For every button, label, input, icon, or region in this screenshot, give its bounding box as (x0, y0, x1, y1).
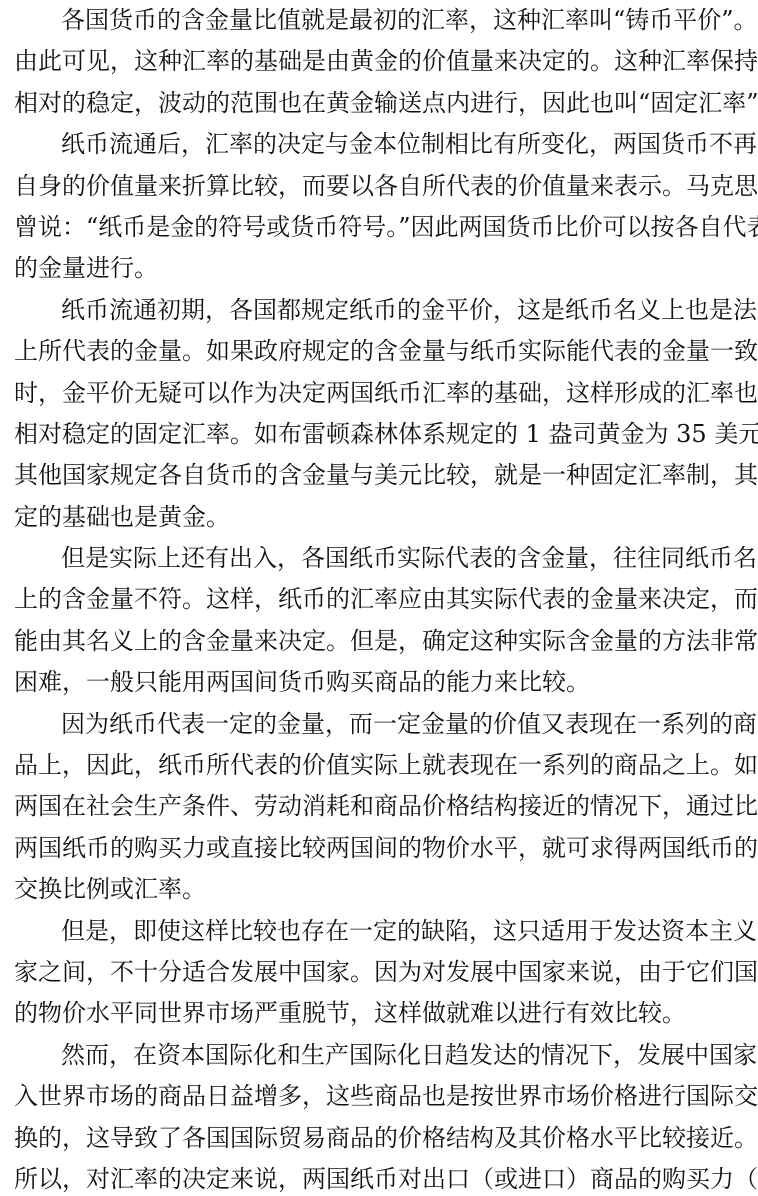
text-line: 但是，即使这样比较也存在一定的缺陷，这只适用于发达资本主义国 (14, 911, 750, 952)
paragraph-purchasing-power: 因为纸币代表一定的金量，而一定金量的价值又表现在一系列的商 品上，因此，纸币所代… (14, 704, 750, 911)
text-line: 两国在社会生产条件、劳动消耗和商品价格结构接近的情况下，通过比较 (14, 786, 750, 827)
text-line: 换的，这导致了各国国际贸易商品的价格结构及其价格水平比较接近。 (14, 1118, 750, 1159)
paragraph-paper-currency: 纸币流通后，汇率的决定与金本位制相比有所变化，两国货币不再以 自身的价值量来折算… (14, 124, 750, 290)
paragraph-gold-parity: 纸币流通初期，各国都规定纸币的金平价，这是纸币名义上也是法律 上所代表的金量。如… (14, 290, 750, 538)
text-line: 由此可见，这种汇率的基础是由黄金的价值量来决定的。这种汇率保持 (14, 41, 750, 82)
text-line: 上所代表的金量。如果政府规定的含金量与纸币实际能代表的金量一致 (14, 331, 750, 372)
text-line: 所以，对汇率的决定来说，两国纸币对出口（或进口）商品的购买力（或进 (14, 1159, 750, 1196)
text-line: 两国纸币的购买力或直接比较两国间的物价水平，就可求得两国纸币的 (14, 828, 750, 869)
paragraph-actual-gold-content: 但是实际上还有出入，各国纸币实际代表的含金量，往往同纸币名义 上的含金量不符。这… (14, 538, 750, 704)
text-line: 纸币流通后，汇率的决定与金本位制相比有所变化，两国货币不再以 (14, 124, 750, 165)
text-line: 品上，因此，纸币所代表的价值实际上就表现在一系列的商品之上。如果 (14, 745, 750, 786)
text-line: 各国货币的含金量比值就是最初的汇率，这种汇率叫“铸币平价”。 (14, 0, 750, 41)
text-line: 入世界市场的商品日益增多，这些商品也是按世界市场价格进行国际交 (14, 1076, 750, 1117)
text-line: 纸币流通初期，各国都规定纸币的金平价，这是纸币名义上也是法律 (14, 290, 750, 331)
text-line: 曾说：“纸币是金的符号或货币符号。”因此两国货币比价可以按各自代表 (14, 207, 750, 248)
text-line: 上的含金量不符。这样，纸币的汇率应由其实际代表的金量来决定，而不 (14, 579, 750, 620)
document-page: 各国货币的含金量比值就是最初的汇率，这种汇率叫“铸币平价”。 由此可见，这种汇率… (14, 0, 750, 1196)
text-line: 困难，一般只能用两国间货币购买商品的能力来比较。 (14, 662, 750, 703)
text-line: 但是实际上还有出入，各国纸币实际代表的含金量，往往同纸币名义 (14, 538, 750, 579)
text-line: 时，金平价无疑可以作为决定两国纸币汇率的基础，这样形成的汇率也是 (14, 373, 750, 414)
text-line: 交换比例或汇率。 (14, 869, 750, 910)
paragraph-mint-parity: 各国货币的含金量比值就是最初的汇率，这种汇率叫“铸币平价”。 由此可见，这种汇率… (14, 0, 750, 124)
text-line: 家之间，不十分适合发展中国家。因为对发展中国家来说，由于它们国内 (14, 952, 750, 993)
text-line: 定的基础也是黄金。 (14, 497, 750, 538)
text-line: 然而，在资本国际化和生产国际化日趋发达的情况下，发展中国家进 (14, 1035, 750, 1076)
text-line: 相对的稳定，波动的范围也在黄金输送点内进行，因此也叫“固定汇率”。 (14, 83, 750, 124)
text-line: 相对稳定的固定汇率。如布雷顿森林体系规定的 1 盎司黄金为 35 美元， (14, 414, 750, 455)
text-line: 因为纸币代表一定的金量，而一定金量的价值又表现在一系列的商 (14, 704, 750, 745)
text-line: 能由其名义上的含金量来决定。但是，确定这种实际含金量的方法非常 (14, 621, 750, 662)
text-line: 其他国家规定各自货币的含金量与美元比较，就是一种固定汇率制，其决 (14, 455, 750, 496)
paragraph-limitations: 但是，即使这样比较也存在一定的缺陷，这只适用于发达资本主义国 家之间，不十分适合… (14, 911, 750, 1035)
text-line: 自身的价值量来折算比较，而要以各自所代表的价值量来表示。马克思 (14, 166, 750, 207)
text-line: 的物价水平同世界市场严重脱节，这样做就难以进行有效比较。 (14, 993, 750, 1034)
paragraph-internationalization: 然而，在资本国际化和生产国际化日趋发达的情况下，发展中国家进 入世界市场的商品日… (14, 1035, 750, 1196)
text-line: 的金量进行。 (14, 248, 750, 289)
